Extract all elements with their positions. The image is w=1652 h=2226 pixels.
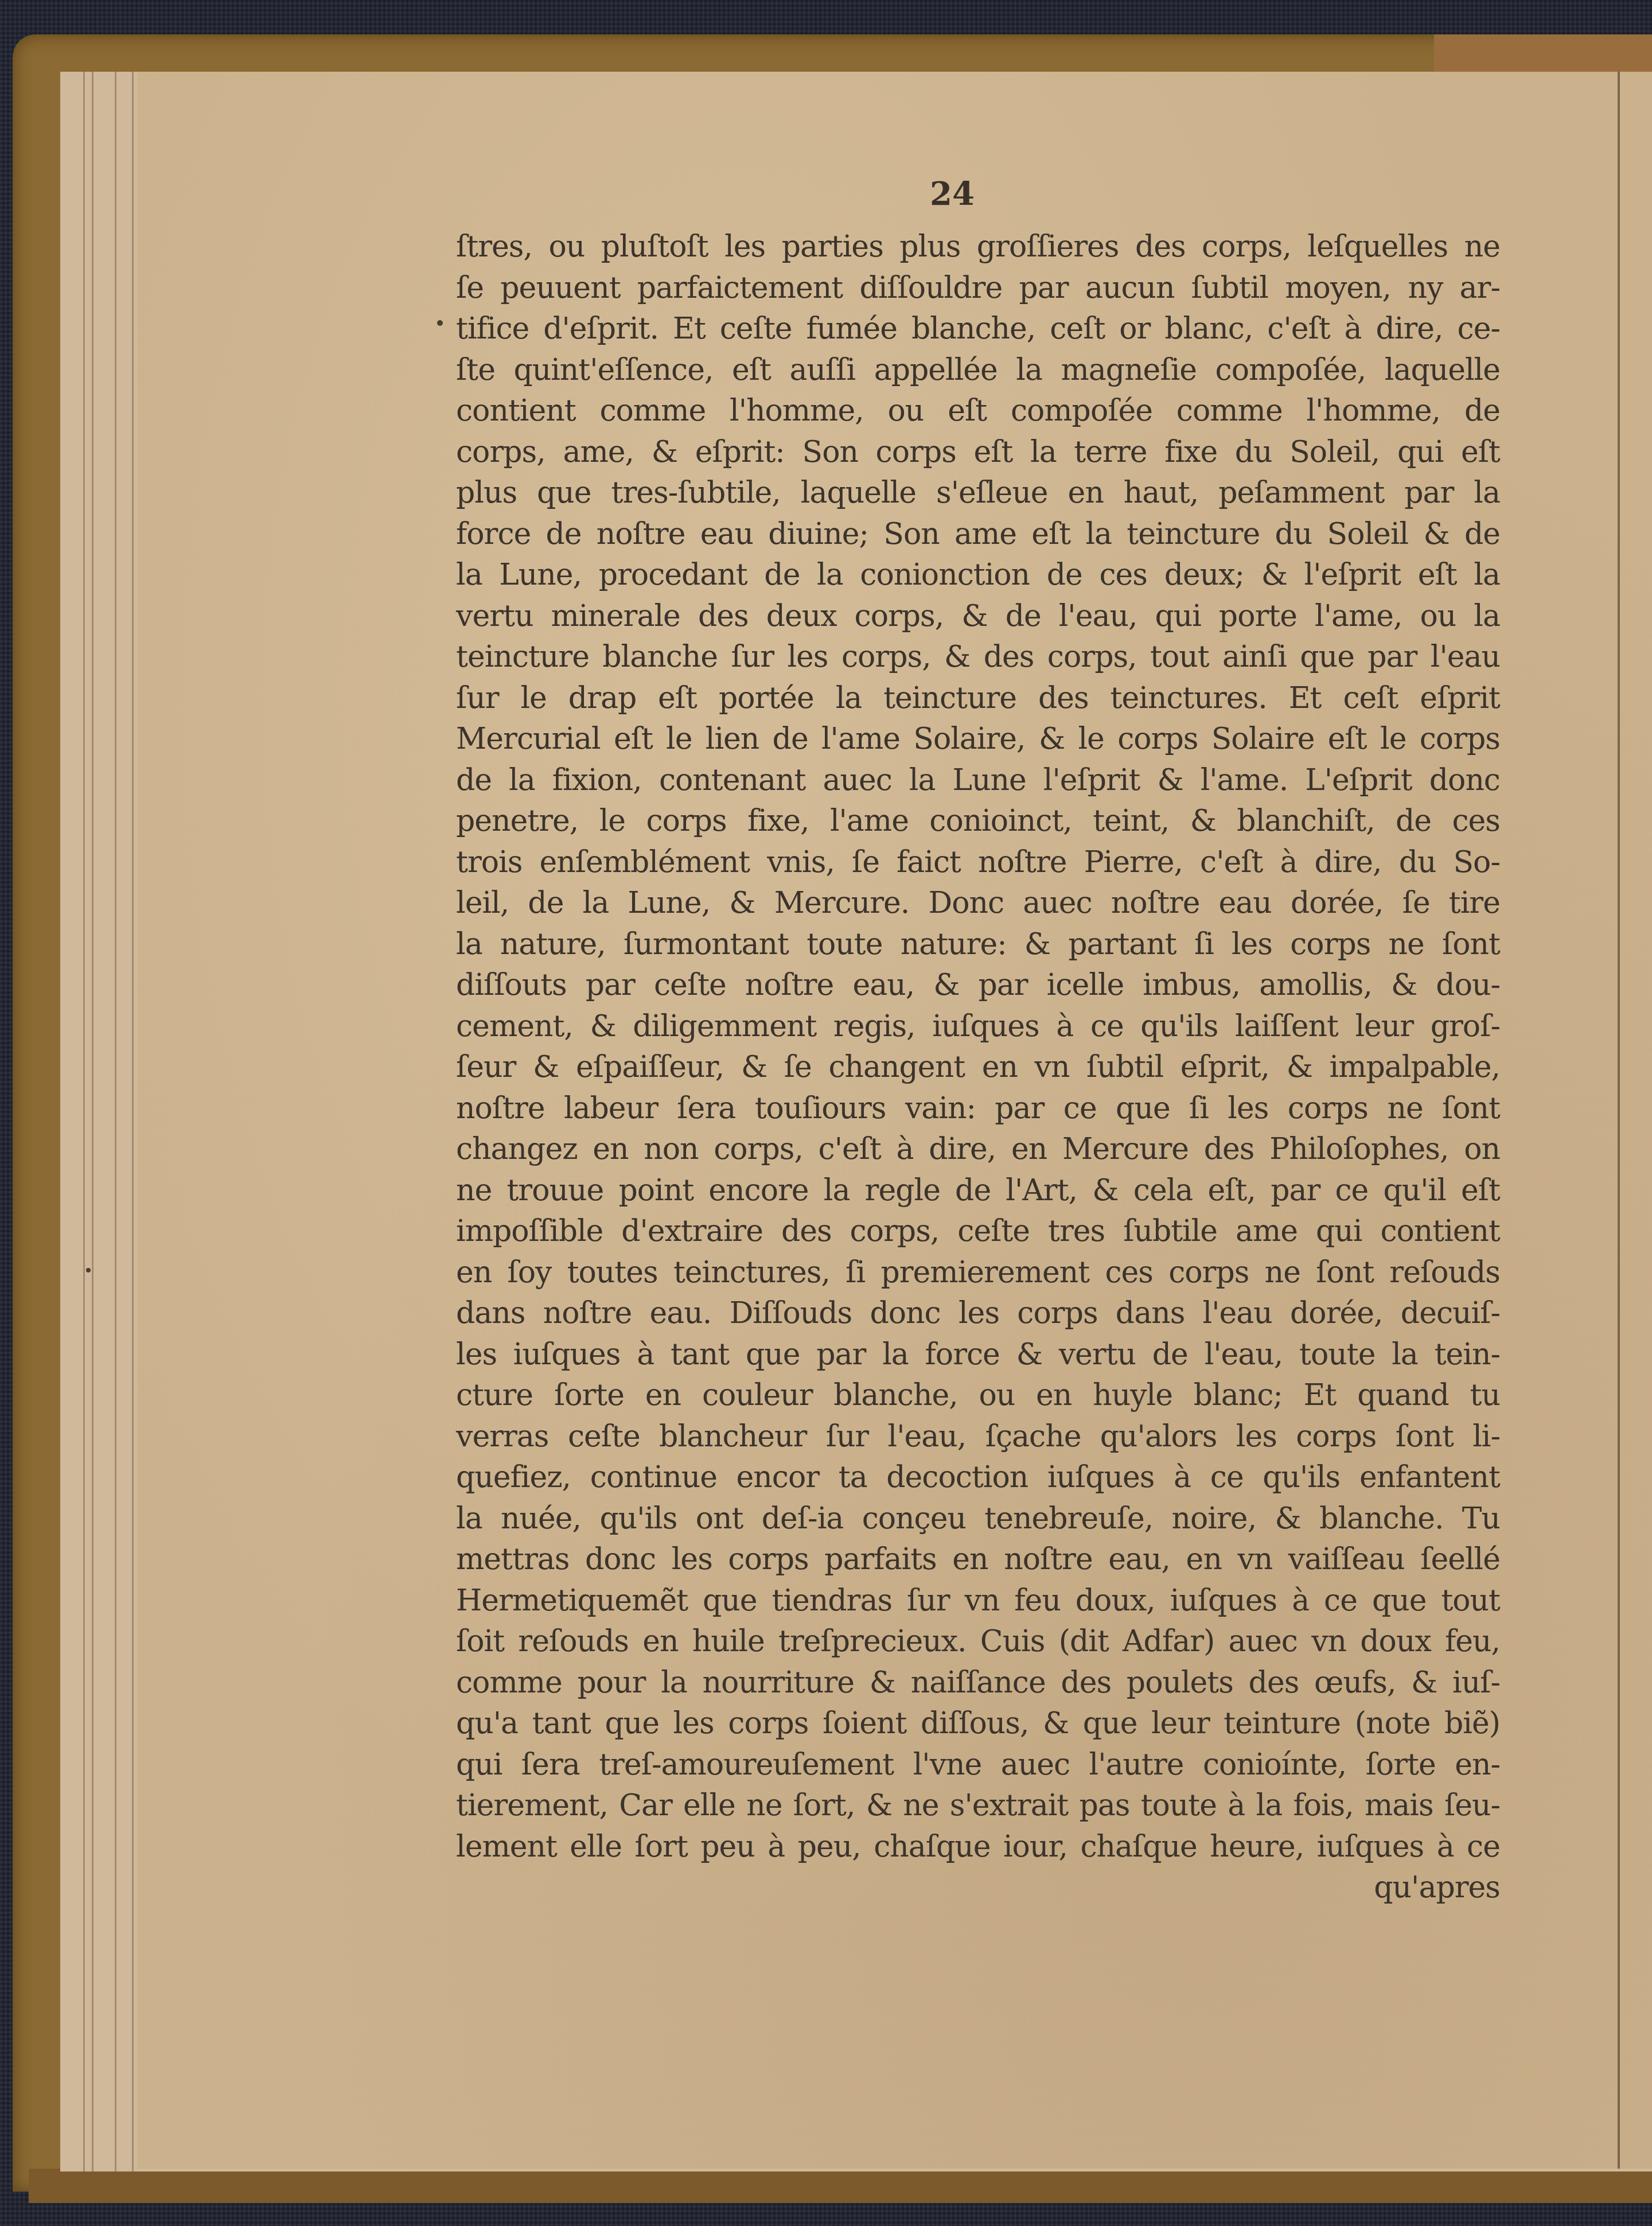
text-line: la Lune, procedant de la conionction de …	[456, 555, 1500, 596]
page-edge-line	[115, 72, 116, 2171]
page-edge-line	[92, 72, 93, 2171]
text-line: diſſouts par ceſte noſtre eau, & par ice…	[456, 965, 1500, 1006]
text-line: en ſoy toutes teinctures, ſi premieremen…	[456, 1252, 1500, 1294]
text-line: penetre, le corps fixe, l'ame conioinct,…	[456, 801, 1500, 842]
text-line: vertu minerale des deux corps, & de l'ea…	[456, 596, 1500, 637]
text-line: de la fixion, contenant auec la Lune l'e…	[456, 760, 1500, 801]
text-line: leil, de la Lune, & Mercure. Donc auec n…	[456, 883, 1500, 924]
text-line: tierement, Car elle ne ſort, & ne s'extr…	[456, 1785, 1500, 1827]
text-line: cture ſorte en couleur blanche, ou en hu…	[456, 1375, 1500, 1416]
binding-bottom-edge	[29, 2169, 1652, 2203]
text-line: tifice d'eſprit. Et ceſte fumée blanche,…	[456, 309, 1500, 350]
text-line: ſoit reſouds en huile treſprecieux. Cuis…	[456, 1621, 1500, 1663]
catchword: qu'apres	[456, 1867, 1500, 1909]
text-line: force de noſtre eau diuine; Son ame eſt …	[456, 514, 1500, 555]
text-line: ſeur & eſpaiſſeur, & ſe changent en vn ſ…	[456, 1047, 1500, 1088]
text-line: verras ceſte blancheur ſur l'eau, ſçache…	[456, 1416, 1500, 1458]
margin-mark	[437, 320, 443, 326]
page-number: 24	[924, 175, 981, 213]
text-line: dans noſtre eau. Diſſouds donc les corps…	[456, 1293, 1500, 1334]
text-line: ſte quint'eſſence, eſt auſſi appellée la…	[456, 350, 1500, 391]
text-line: les iuſques à tant que par la force & ve…	[456, 1334, 1500, 1376]
text-line: ne trouue point encore la regle de l'Art…	[456, 1170, 1500, 1212]
text-line: impoſſible d'extraire des corps, ceſte t…	[456, 1211, 1500, 1252]
text-line: Mercurial eſt le lien de l'ame Solaire, …	[456, 719, 1500, 760]
text-line: changez en non corps, c'eſt à dire, en M…	[456, 1129, 1500, 1170]
page-edge-line	[132, 72, 134, 2171]
text-line: qu'a tant que les corps ſoient diſſous, …	[456, 1703, 1500, 1745]
text-line: qui ſera treſ-amoureuſement l'vne auec l…	[456, 1745, 1500, 1786]
text-line: teincture blanche ſur les corps, & des c…	[456, 637, 1500, 678]
text-line: trois enſemblément vnis, ſe faict noſtre…	[456, 842, 1500, 884]
page-edge-line	[83, 72, 85, 2171]
binding-torn-edge	[1434, 34, 1652, 75]
text-line: plus que tres-ſubtile, laquelle s'eſleue…	[456, 473, 1500, 514]
text-line: cement, & diligemment regis, iuſques à c…	[456, 1006, 1500, 1048]
text-line: la nature, ſurmontant toute nature: & pa…	[456, 924, 1500, 966]
text-line: ſe peuuent parfaictement diſſouldre par …	[456, 268, 1500, 309]
margin-mark	[86, 1268, 91, 1272]
text-line: Hermetiquemẽt que tiendras ſur vn feu do…	[456, 1581, 1500, 1622]
text-line: ſur le drap eſt portée la teincture des …	[456, 678, 1500, 719]
text-line: la nuée, qu'ils ont deſ-ia conçeu tenebr…	[456, 1499, 1500, 1540]
text-line: mettras donc les corps parfaits en noſtr…	[456, 1539, 1500, 1581]
page-fold-line	[1618, 72, 1620, 2169]
text-line: contient comme l'homme, ou eſt compoſée …	[456, 391, 1500, 432]
text-line: comme pour la nourriture & naiſſance des…	[456, 1663, 1500, 1704]
text-line: corps, ame, & eſprit: Son corps eſt la t…	[456, 432, 1500, 473]
text-line: noſtre labeur ſera touſiours vain: par c…	[456, 1088, 1500, 1130]
text-line: quefiez, continue encor ta decoction iuſ…	[456, 1457, 1500, 1499]
body-text: ſtres, ou pluſtoſt les parties plus groſ…	[456, 227, 1500, 1909]
text-line: lement elle ſort peu à peu, chaſque iour…	[456, 1827, 1500, 1868]
text-line: ſtres, ou pluſtoſt les parties plus groſ…	[456, 227, 1500, 268]
